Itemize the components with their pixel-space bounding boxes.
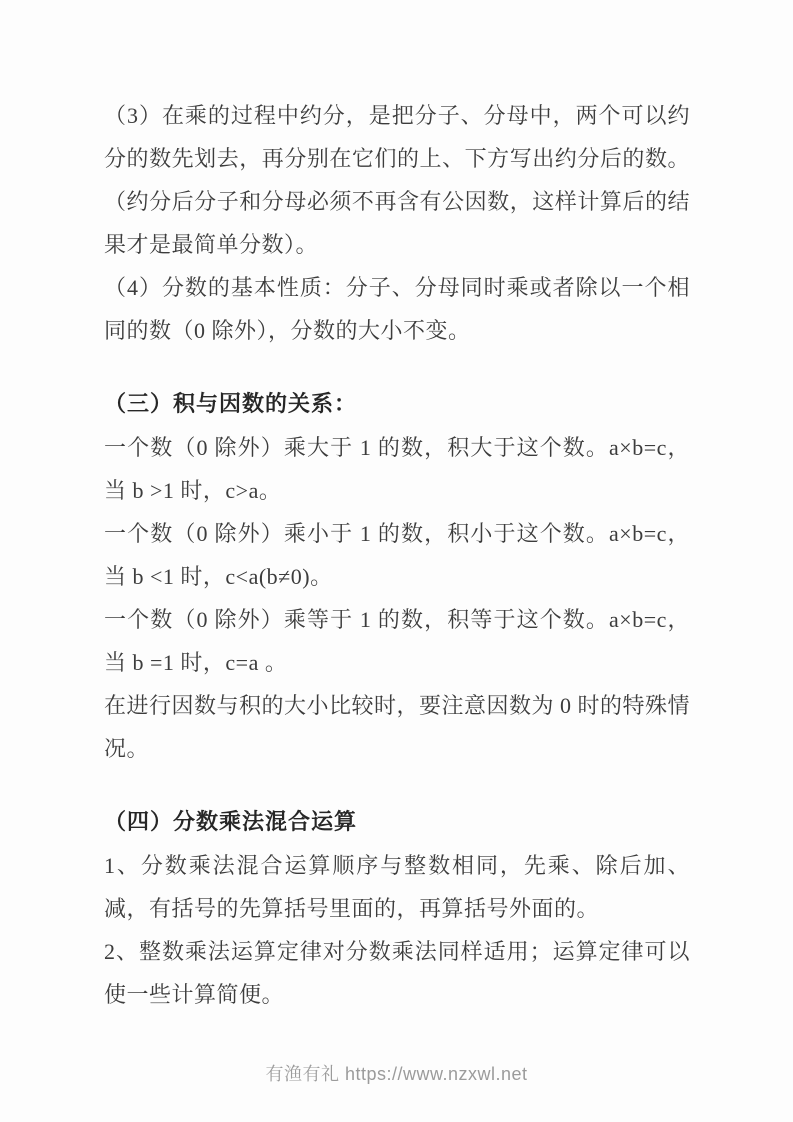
- paragraph-basic-property-of-fractions: （4）分数的基本性质：分子、分母同时乘或者除以一个相同的数（0 除外），分数的大…: [104, 266, 690, 352]
- footer-brand: 有渔有礼: [265, 1064, 339, 1084]
- paragraph-cancel-while-multiplying: （3）在乘的过程中约分，是把分子、分母中，两个可以约分的数先划去，再分别在它们的…: [104, 94, 690, 266]
- paragraph-multiply-equal-to-one: 一个数（0 除外）乘等于 1 的数，积等于这个数。a×b=c，当 b =1 时，…: [104, 598, 690, 684]
- paragraph-zero-special-case: 在进行因数与积的大小比较时，要注意因数为 0 时的特殊情况。: [104, 684, 690, 770]
- footer-url: https://www.nzxwl.net: [345, 1064, 528, 1084]
- paragraph-multiply-less-than-one: 一个数（0 除外）乘小于 1 的数，积小于这个数。a×b=c，当 b <1 时，…: [104, 512, 690, 598]
- section-heading-mixed-operations: （四）分数乘法混合运算: [104, 800, 690, 844]
- section-heading-product-factor-relation: （三）积与因数的关系：: [104, 382, 690, 426]
- paragraph-mixed-operation-order: 1、分数乘法混合运算顺序与整数相同，先乘、除后加、减，有括号的先算括号里面的，再…: [104, 844, 690, 930]
- document-page: （3）在乘的过程中约分，是把分子、分母中，两个可以约分的数先划去，再分别在它们的…: [0, 0, 793, 1122]
- paragraph-multiply-greater-than-one: 一个数（0 除外）乘大于 1 的数，积大于这个数。a×b=c，当 b >1 时，…: [104, 426, 690, 512]
- paragraph-operation-laws-apply: 2、整数乘法运算定律对分数乘法同样适用；运算定律可以使一些计算简便。: [104, 930, 690, 1016]
- watermark-footer: 有渔有礼 https://www.nzxwl.net: [0, 1062, 793, 1086]
- document-content: （3）在乘的过程中约分，是把分子、分母中，两个可以约分的数先划去，再分别在它们的…: [104, 94, 690, 1016]
